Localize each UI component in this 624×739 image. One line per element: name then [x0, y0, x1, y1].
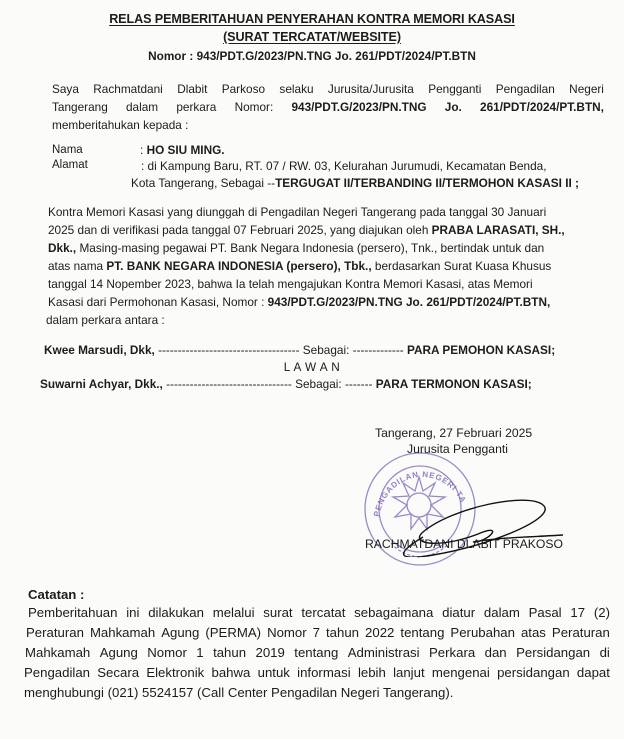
signatory-name: RACHMATDANI DLABIT PRAKOSO — [365, 535, 563, 553]
note-heading: Catatan : — [28, 585, 84, 605]
document-title-line1: RELAS PEMBERITAHUAN PENYERAHAN KONTRA ME… — [0, 12, 624, 26]
word: 2019 — [256, 643, 285, 663]
word: dapat — [577, 663, 610, 683]
word: Secara — [97, 663, 139, 683]
body-line-7: dalam perkara antara : — [46, 311, 165, 329]
word: Nomor: — [235, 98, 274, 116]
word: tercatat — [301, 603, 345, 623]
body-text: Kasasi dari Permohonan Kasasi, Nomor : — [48, 295, 268, 309]
sebagai-label: Sebagai: — [303, 343, 353, 357]
word: Elektronik — [146, 663, 204, 683]
word: 7 — [313, 623, 320, 643]
word: dan — [485, 643, 507, 663]
body-text: 2025 dan di verifikasi pada tanggal 07 F… — [48, 223, 432, 237]
word: 17 — [570, 603, 585, 623]
word: ini — [126, 603, 139, 623]
body-text: berdasarkan Surat Kuasa Khusus — [372, 259, 552, 273]
sebagai-label: Sebagai: — [295, 377, 345, 391]
word: Perubahan — [450, 623, 515, 643]
word: 2022 — [365, 623, 394, 643]
word: Pasal — [529, 603, 562, 623]
word: melalui — [213, 603, 255, 623]
word: Administrasi — [348, 643, 420, 663]
respondent-role: PARA TERMONON KASASI; — [376, 377, 532, 391]
word: Mahkamah — [90, 623, 155, 643]
note-line: Pemberitahuaninidilakukanmelaluisuratter… — [28, 603, 610, 623]
body-line-1: Kontra Memori Kasasi yang diunggah di Pe… — [48, 203, 546, 221]
word: dalam — [484, 603, 520, 623]
word: Negeri — [569, 80, 604, 98]
case-number-header: Nomor : 943/PDT.G/2023/PN.TNG Jo. 261/PD… — [0, 49, 624, 63]
name-colon: : — [140, 143, 143, 157]
signature-role: Jurusita Pengganti — [407, 440, 508, 458]
address-label: Alamat — [52, 159, 88, 171]
word: tentang — [400, 623, 444, 643]
attorney-dkk: Dkk., — [48, 241, 76, 255]
body-line-4: atas nama PT. BANK NEGARA INDONESIA (per… — [48, 257, 551, 275]
word: di — [600, 643, 610, 663]
word: lanjut — [393, 663, 425, 683]
word: 261/PDT/2024/PT.BTN, — [480, 98, 604, 116]
word: Parkoso — [222, 80, 265, 98]
dash-leader: ------------------------------------ — [158, 343, 303, 357]
word: 943/PDT.G/2023/PN.TNG — [291, 98, 426, 116]
word: Nomor — [267, 623, 307, 643]
note-line: PengadilanSecaraElektronikbahwauntukinfo… — [24, 663, 610, 683]
word: bahwa — [212, 663, 251, 683]
court-notice-document: RELAS PEMBERITAHUAN PENYERAHAN KONTRA ME… — [0, 0, 624, 739]
word: (PERMA) — [205, 623, 261, 643]
petitioner-role: PARA PEMOHON KASASI; — [407, 343, 555, 357]
word: surat — [263, 603, 292, 623]
word: perkara — [176, 98, 216, 116]
word: Peraturan — [552, 623, 610, 643]
word: Perkara — [429, 643, 475, 663]
word: diatur — [442, 603, 475, 623]
word: selaku — [279, 80, 313, 98]
note-last-line: menghubungi (021) 5524157 (Call Center P… — [24, 683, 453, 703]
body-line-6: Kasasi dari Permohonan Kasasi, Nomor : 9… — [48, 293, 550, 311]
versus-label: L A W A N — [0, 360, 624, 374]
document-title-line2: (SURAT TERCATAT/WEBSITE) — [0, 30, 624, 44]
address-city: Kota Tangerang, Sebagai -- — [131, 176, 275, 190]
word: informasi — [297, 663, 351, 683]
dash-leader: ------- — [345, 377, 376, 391]
address-line-1: : di Kampung Baru, RT. 07 / RW. 03, Kelu… — [141, 157, 546, 175]
body-line-2: 2025 dan di verifikasi pada tanggal 07 F… — [48, 221, 565, 239]
word: tahun — [326, 623, 359, 643]
word: Saya — [52, 80, 79, 98]
word: Tangerang — [52, 98, 108, 116]
attorney-name: PRABA LARASATI, SH., — [432, 223, 565, 237]
word: Persidangan — [516, 643, 590, 663]
word: Dlabit — [177, 80, 207, 98]
dash-leader: ------------- — [353, 343, 407, 357]
word: Pengadilan — [24, 663, 90, 683]
word: tentang — [294, 643, 338, 663]
word: untuk — [258, 663, 290, 683]
word: Mahkamah — [25, 643, 90, 663]
case-number: 943/PDT.G/2023/PN.TNG Jo. 261/PDT/2024/P… — [268, 295, 551, 309]
word: Pengadilan — [496, 80, 555, 98]
word: dilakukan — [148, 603, 204, 623]
intro-line-1: SayaRachmatdaniDlabitParkososelakuJurusi… — [52, 80, 604, 98]
word: atas — [521, 623, 546, 643]
intro-line-3: memberitahukan kepada : — [52, 116, 188, 134]
word: Pemberitahuan — [28, 603, 117, 623]
word: tahun — [213, 643, 246, 663]
word: Rachmatdani — [93, 80, 163, 98]
word: 1 — [196, 643, 203, 663]
note-line: PeraturanMahkamahAgung(PERMA)Nomor7tahun… — [26, 623, 610, 643]
word: Pengganti — [428, 80, 481, 98]
recipient-name: HO SIU MING. — [147, 143, 225, 157]
word: lebih — [358, 663, 386, 683]
company-name: PT. BANK NEGARA INDONESIA (persero), Tbk… — [106, 259, 371, 273]
word: persidangan — [497, 663, 570, 683]
party-petitioner: Kwee Marsudi, Dkk, ---------------------… — [44, 343, 555, 357]
word: Jurusita/Jurusita — [328, 80, 414, 98]
recipient-role: TERGUGAT II/TERBANDING II/TERMOHON KASAS… — [275, 176, 579, 190]
intro-line-2: TangerangdalamperkaraNomor:943/PDT.G/202… — [52, 98, 604, 116]
dash-leader: -------------------------------- — [166, 377, 295, 391]
word: Jo. — [445, 98, 462, 116]
word: dalam — [126, 98, 158, 116]
party-respondent: Suwarni Achyar, Dkk., ------------------… — [40, 377, 532, 391]
word: Peraturan — [26, 623, 84, 643]
body-text: atas nama — [48, 259, 106, 273]
word: Agung — [100, 643, 138, 663]
address-line-2: Kota Tangerang, Sebagai --TERGUGAT II/TE… — [131, 174, 579, 192]
word: mengenai — [432, 663, 490, 683]
respondent-name: Suwarni Achyar, Dkk., — [40, 377, 166, 391]
body-line-5: tanggal 14 Nopember 2023, bahwa Ia telah… — [48, 275, 533, 293]
word: sebagaimana — [354, 603, 433, 623]
petitioner-name: Kwee Marsudi, Dkk, — [44, 343, 158, 357]
note-line: MahkamahAgungNomor1tahun2019tentangAdmin… — [25, 643, 610, 663]
name-label: Nama — [52, 144, 83, 156]
word: Nomor — [147, 643, 187, 663]
body-line-3: Dkk., Masing-masing pegawai PT. Bank Neg… — [48, 239, 544, 257]
body-text: Masing-masing pegawai PT. Bank Negara In… — [76, 241, 544, 255]
word: (2) — [594, 603, 610, 623]
word: Agung — [161, 623, 199, 643]
